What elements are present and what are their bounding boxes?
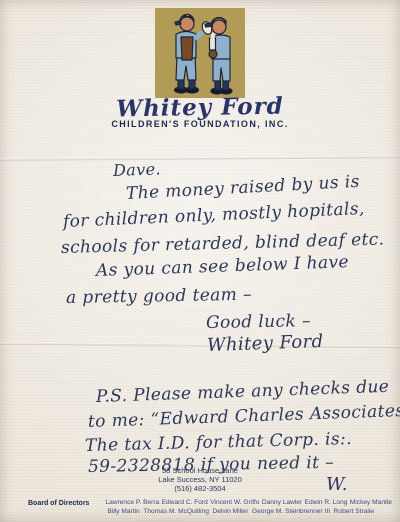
board-member: Vincent W. Griffo <box>210 499 259 508</box>
board-row-1: Lawrence P. Berra Edward C. Ford Vincent… <box>105 499 392 508</box>
salutation: Dave. <box>113 159 162 180</box>
board-member: Thomas M. McQuilling <box>143 508 209 517</box>
board-member: Danny Lawler <box>262 499 302 508</box>
board-row-2: Billy Martin Thomas M. McQuilling Delvin… <box>105 508 392 517</box>
address-phone: (516) 482-3504 <box>0 484 400 493</box>
fold-crease-middle <box>0 342 400 349</box>
address-street: 38 School House Lane <box>0 466 400 475</box>
board-member-names: Lawrence P. Berra Edward C. Ford Vincent… <box>105 499 392 516</box>
signature: Whitey Ford <box>207 331 324 356</box>
logo-baseball-kids-icon <box>155 8 245 98</box>
board-member: George M. Steinbrenner III <box>252 508 330 517</box>
board-member: Lawrence P. Berra <box>105 499 159 508</box>
ps-line: The tax I.D. for that Corp. is:. <box>85 429 352 456</box>
board-member: Billy Martin <box>107 508 139 517</box>
board-member: Edward C. Ford <box>162 499 208 508</box>
board-member: Mickey Mantle <box>350 499 392 508</box>
board-member: Edwin R. Long <box>305 499 348 508</box>
board-member: Robert Straile <box>334 508 374 517</box>
body-line: a pretty good team – <box>66 285 252 308</box>
body-line: As you can see below I have <box>96 252 350 281</box>
org-subtitle: CHILDREN'S FOUNDATION, INC. <box>0 119 400 129</box>
board-member: Delvin Miller <box>213 508 249 517</box>
org-address-block: 38 School House Lane Lake Success, NY 11… <box>0 466 400 493</box>
closing: Good luck – <box>206 311 311 333</box>
board-of-directors-footer: Board of Directors Lawrence P. Berra Edw… <box>0 499 400 516</box>
scanned-letter-page: Whitey Ford CHILDREN'S FOUNDATION, INC. … <box>0 0 400 522</box>
address-city: Lake Success, NY 11020 <box>0 475 400 484</box>
body-line: for children only, mostly hopitals, <box>63 199 366 232</box>
board-of-directors-label: Board of Directors <box>28 500 89 507</box>
fold-crease-top <box>0 156 400 162</box>
